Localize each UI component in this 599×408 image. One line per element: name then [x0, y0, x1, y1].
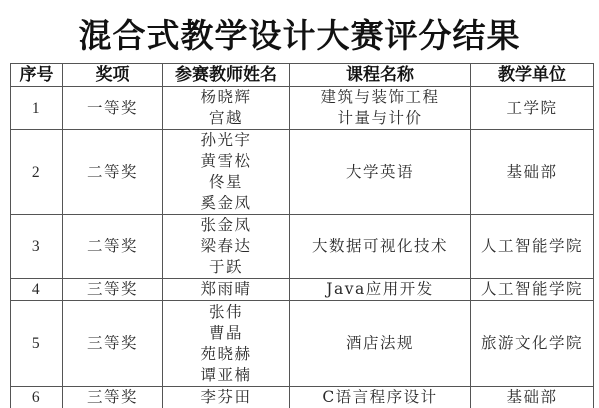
course-line: 计量与计价 — [290, 108, 470, 129]
cell-unit: 基础部 — [471, 130, 594, 215]
cell-course: Java应用开发 — [290, 279, 471, 301]
teacher-name: 梁春达 — [163, 236, 289, 257]
cell-unit: 工学院 — [471, 87, 594, 130]
teacher-name: 苑晓赫 — [163, 344, 289, 365]
teacher-name: 谭亚楠 — [163, 365, 289, 386]
cell-seq: 4 — [11, 279, 63, 301]
table-row: 1 一等奖 杨晓辉 宫越 建筑与装饰工程 计量与计价 工学院 — [11, 87, 594, 130]
cell-teachers: 郑雨晴 — [163, 279, 290, 301]
table-row: 4 三等奖 郑雨晴 Java应用开发 人工智能学院 — [11, 279, 594, 301]
teacher-name: 张金凤 — [163, 215, 289, 236]
cell-unit: 人工智能学院 — [471, 215, 594, 279]
header-teachers: 参赛教师姓名 — [163, 64, 290, 87]
course-line: Java应用开发 — [290, 279, 470, 300]
cell-award: 三等奖 — [63, 387, 163, 408]
cell-seq: 1 — [11, 87, 63, 130]
cell-unit: 人工智能学院 — [471, 279, 594, 301]
cell-teachers: 李芬田 — [163, 387, 290, 408]
cell-teachers: 孙光宇 黄雪松 佟星 奚金凤 — [163, 130, 290, 215]
cell-award: 三等奖 — [63, 279, 163, 301]
course-line: 酒店法规 — [290, 333, 470, 354]
results-table: 序号 奖项 参赛教师姓名 课程名称 教学单位 1 一等奖 杨晓辉 宫越 建筑与装… — [10, 63, 594, 408]
cell-teachers: 张金凤 梁春达 于跃 — [163, 215, 290, 279]
cell-course: 酒店法规 — [290, 301, 471, 387]
teacher-name: 佟星 — [163, 172, 289, 193]
header-course: 课程名称 — [290, 64, 471, 87]
cell-seq: 6 — [11, 387, 63, 408]
cell-award: 三等奖 — [63, 301, 163, 387]
table-row: 6 三等奖 李芬田 C语言程序设计 基础部 — [11, 387, 594, 408]
cell-course: C语言程序设计 — [290, 387, 471, 408]
teacher-name: 孙光宇 — [163, 130, 289, 151]
teacher-name: 黄雪松 — [163, 151, 289, 172]
cell-course: 建筑与装饰工程 计量与计价 — [290, 87, 471, 130]
teacher-name: 宫越 — [163, 108, 289, 129]
cell-award: 二等奖 — [63, 215, 163, 279]
teacher-name: 于跃 — [163, 257, 289, 278]
table-header-row: 序号 奖项 参赛教师姓名 课程名称 教学单位 — [11, 64, 594, 87]
cell-teachers: 张伟 曹晶 苑晓赫 谭亚楠 — [163, 301, 290, 387]
course-line: C语言程序设计 — [290, 387, 470, 408]
cell-unit: 基础部 — [471, 387, 594, 408]
header-seq: 序号 — [11, 64, 63, 87]
teacher-name: 张伟 — [163, 302, 289, 323]
course-line: 大数据可视化技术 — [290, 236, 470, 257]
header-award: 奖项 — [63, 64, 163, 87]
table-row: 5 三等奖 张伟 曹晶 苑晓赫 谭亚楠 酒店法规 旅游文化学院 — [11, 301, 594, 387]
header-unit: 教学单位 — [471, 64, 594, 87]
cell-award: 二等奖 — [63, 130, 163, 215]
cell-seq: 5 — [11, 301, 63, 387]
document-title: 混合式教学设计大赛评分结果 — [0, 16, 599, 56]
teacher-name: 杨晓辉 — [163, 87, 289, 108]
table-row: 2 二等奖 孙光宇 黄雪松 佟星 奚金凤 大学英语 基础部 — [11, 130, 594, 215]
teacher-name: 郑雨晴 — [163, 279, 289, 300]
cell-seq: 3 — [11, 215, 63, 279]
cell-award: 一等奖 — [63, 87, 163, 130]
teacher-name: 曹晶 — [163, 323, 289, 344]
teacher-name: 李芬田 — [163, 387, 289, 408]
table-row: 3 二等奖 张金凤 梁春达 于跃 大数据可视化技术 人工智能学院 — [11, 215, 594, 279]
cell-teachers: 杨晓辉 宫越 — [163, 87, 290, 130]
cell-seq: 2 — [11, 130, 63, 215]
teacher-name: 奚金凤 — [163, 193, 289, 214]
course-line: 建筑与装饰工程 — [290, 87, 470, 108]
cell-unit: 旅游文化学院 — [471, 301, 594, 387]
cell-course: 大数据可视化技术 — [290, 215, 471, 279]
course-line: 大学英语 — [290, 162, 470, 183]
cell-course: 大学英语 — [290, 130, 471, 215]
